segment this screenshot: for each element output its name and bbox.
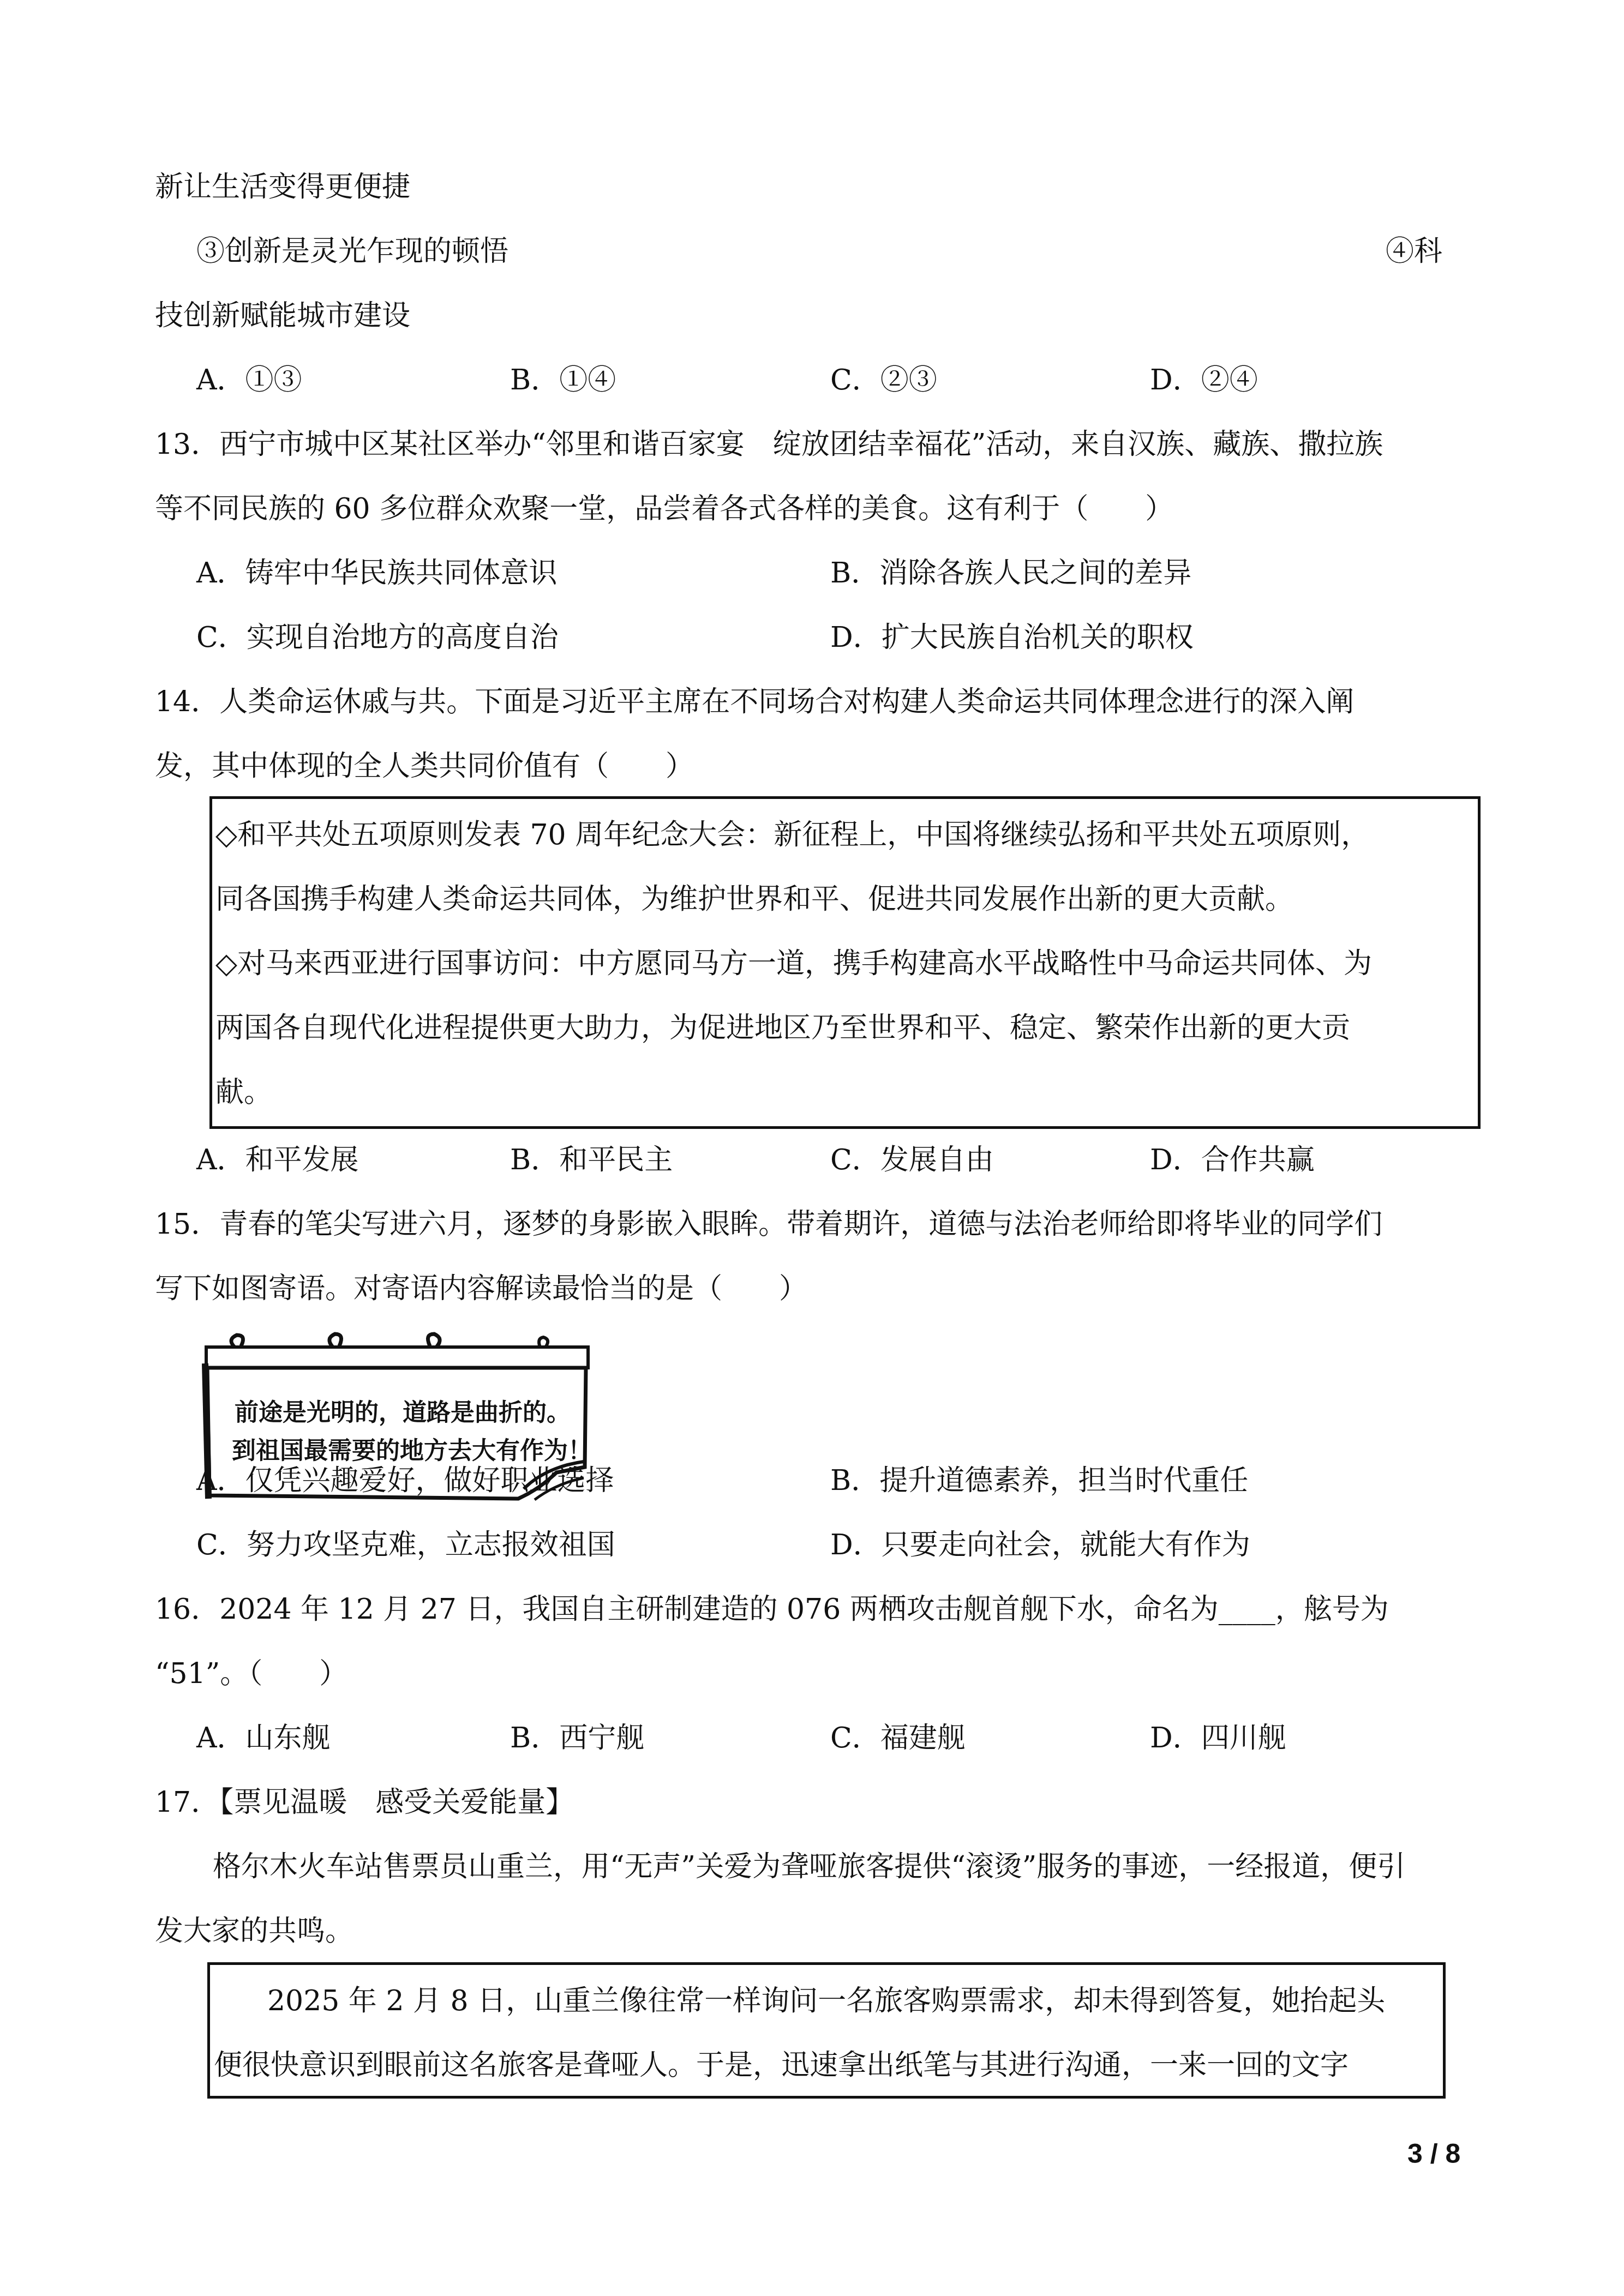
q13-option-a[interactable]: A．铸牢中华民族共同体意识 [196,556,558,591]
q12-option-d[interactable]: D．②④ [1150,363,1258,398]
q14-box-line4: 两国各自现代化进程提供更大助力，为促进地区乃至世界和平、稳定、繁荣作出新的更大贡 [215,1011,1350,1045]
q14-option-d[interactable]: D．合作共赢 [1150,1143,1315,1177]
q13-option-c[interactable]: C．实现自治地方的高度自治 [196,620,559,655]
q17-title: 17．【票见温暖 感受关爱能量】 [155,1785,574,1820]
page-number: 3 / 8 [1407,2138,1460,2169]
q15-option-c[interactable]: C．努力攻坚克难，立志报效祖国 [196,1528,615,1562]
q17-box-line1: 2025 年 2 月 8 日，山重兰像往常一样询问一名旅客购票需求，却未得到答复… [267,1984,1385,2018]
q13-option-d[interactable]: D．扩大民族自治机关的职权 [830,620,1194,655]
q14-option-a[interactable]: A．和平发展 [196,1143,359,1177]
q16-stem-line1: 16．2024 年 12 月 27 日，我国自主研制建造的 076 两栖攻击舰首… [155,1592,1389,1627]
q15-option-a[interactable]: A．仅凭兴趣爱好，做好职业选择 [196,1463,614,1498]
scroll-line1: 前途是光明的，道路是曲折的。 [235,1399,571,1427]
q16-option-c[interactable]: C．福建舰 [830,1721,966,1756]
q14-box-line5: 献。 [215,1075,272,1110]
q14-option-c[interactable]: C．发展自由 [830,1143,994,1177]
q16-stem-line2: “51”。（ ） [155,1656,347,1691]
q15-option-d[interactable]: D．只要走向社会，就能大有作为 [830,1528,1250,1562]
q12-item3: ③创新是灵光乍现的顿悟 [196,234,508,269]
q16-option-b[interactable]: B．西宁舰 [510,1721,644,1756]
q15-stem-line1: 15．青春的笔尖写进六月，逐梦的身影嵌入眼眸。带着期许，道德与法治老师给即将毕业… [155,1207,1382,1242]
q16-option-d[interactable]: D．四川舰 [1150,1721,1286,1756]
q15-stem-line2: 写下如图寄语。对寄语内容解读最恰当的是（ ） [155,1271,807,1306]
q12-option-b[interactable]: B．①④ [510,363,616,398]
q14-box-line3: ◇对马来西亚进行国事访问：中方愿同马方一道，携手构建高水平战略性中马命运共同体、… [215,946,1372,981]
q14-option-b[interactable]: B．和平民主 [510,1143,673,1177]
scroll-line2: 到祖国最需要的地方去大有作为！ [232,1437,592,1465]
q12-option-c[interactable]: C．②③ [830,363,937,398]
q17-intro-line2: 发大家的共鸣。 [155,1914,353,1949]
q16-option-a[interactable]: A．山东舰 [196,1721,331,1756]
q14-stem-line2: 发，其中体现的全人类共同价值有（ ） [155,749,694,784]
q13-stem-line2: 等不同民族的 60 多位群众欢聚一堂，品尝着各式各样的美食。这有利于（ ） [155,491,1173,526]
q12-option-a[interactable]: A．①③ [196,363,302,398]
q13-option-b[interactable]: B．消除各族人民之间的差异 [830,556,1191,591]
q14-box-line1: ◇和平共处五项原则发表 70 周年纪念大会：新征程上，中国将继续弘扬和平共处五项… [215,818,1369,852]
q14-box-line2: 同各国携手构建人类命运共同体，为维护世界和平、促进共同发展作出新的更大贡献。 [215,882,1293,917]
q12-item4-continuation: 技创新赋能城市建设 [155,298,410,333]
q15-option-b[interactable]: B．提升道德素养，担当时代重任 [830,1463,1248,1498]
q12-item4-start: ④科 [1386,234,1442,269]
q17-intro-line1: 格尔木火车站售票员山重兰，用“无声”关爱为聋哑旅客提供“滚烫”服务的事迹，一经报… [213,1849,1405,1884]
q13-stem-line1: 13．西宁市城中区某社区举办“邻里和谐百家宴 绽放团结幸福花”活动，来自汉族、藏… [155,427,1383,462]
q14-stem-line1: 14．人类命运休戚与共。下面是习近平主席在不同场合对构建人类命运共同体理念进行的… [155,684,1354,719]
q17-box-line2: 便很快意识到眼前这名旅客是聋哑人。于是，迅速拿出纸笔与其进行沟通，一来一回的文字 [214,2048,1349,2083]
q12-item2-continuation: 新让生活变得更便捷 [155,170,410,205]
